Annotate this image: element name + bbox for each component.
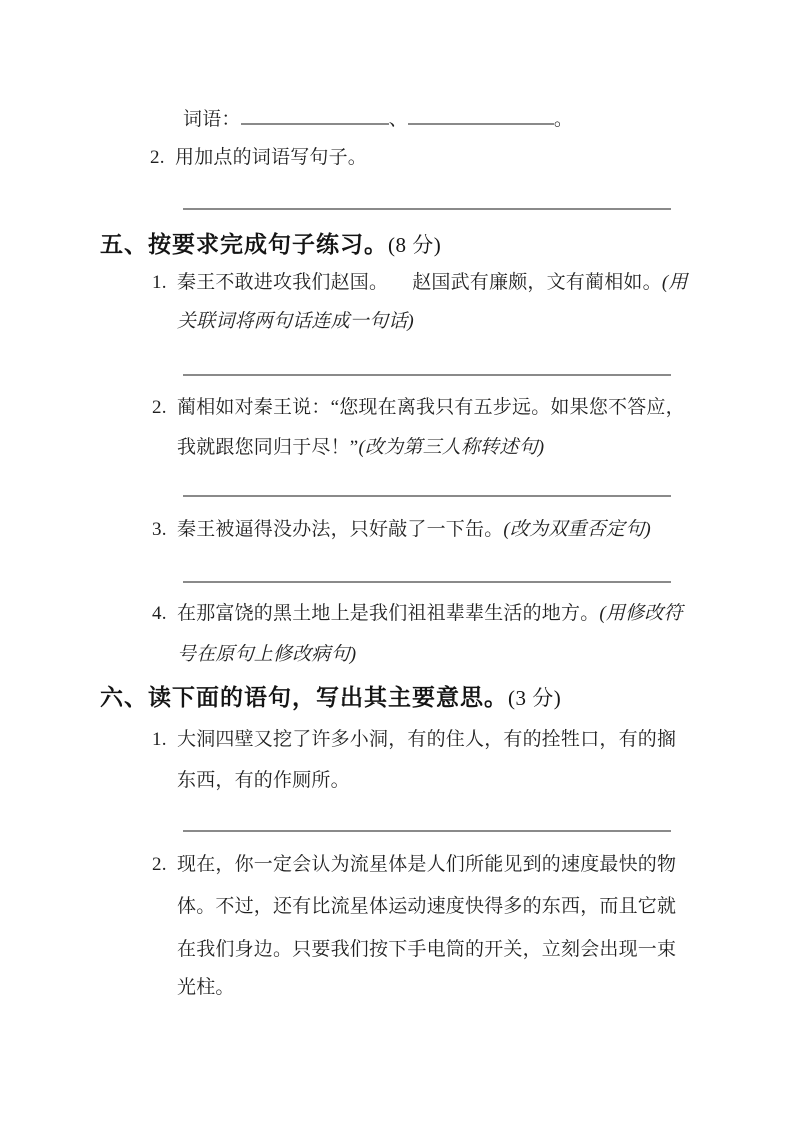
q5-3-hint: (改为双重否定句) — [503, 519, 650, 540]
word-blank-2 — [408, 104, 554, 125]
q5-3-line-1: 3.秦王被逼得没办法，只好敲了一下缶。(改为双重否定句) — [152, 517, 651, 543]
answer-blank-line — [183, 495, 671, 497]
word-fill-line: 词语：、。 — [183, 104, 573, 133]
word-fill-label: 词语： — [183, 109, 241, 130]
answer-blank-line — [183, 830, 671, 832]
q6-1-line-2: 东西，有的作厕所。 — [177, 768, 350, 794]
q5-2-text-2: 我就跟您同归于尽！” — [177, 437, 358, 458]
section-six-title: 六、读下面的语句，写出其主要意思。 — [100, 684, 508, 710]
q6-1-text-1: 大洞四壁又挖了许多小洞，有的住人，有的拴牲口，有的搁 — [177, 729, 676, 750]
q5-4-hint-start: (用修改符 — [599, 603, 682, 624]
q6-1-line-1: 1.大洞四壁又挖了许多小洞，有的住人，有的拴牲口，有的搁 — [152, 727, 676, 753]
section-five-title: 五、按要求完成句子练习。 — [100, 231, 388, 257]
q5-1-hint-rest: 关联词将两句话连成一句话) — [177, 309, 414, 335]
q6-2-line-4: 光柱。 — [177, 975, 235, 1001]
item-number: 1. — [152, 270, 177, 296]
q5-4-line-1: 4.在那富饶的黑土地上是我们祖祖辈辈生活的地方。(用修改符 — [152, 601, 683, 627]
q5-3-text: 秦王被逼得没办法，只好敲了一下缶。 — [177, 519, 503, 540]
section-six-heading: 六、读下面的语句，写出其主要意思。(3 分) — [100, 682, 561, 713]
q6-2-line-3: 在我们身边。只要我们按下手电筒的开关，立刻会出现一束 — [177, 937, 676, 963]
q5-2-line-1: 2.蔺相如对秦王说：“您现在离我只有五步远。如果您不答应， — [152, 395, 685, 421]
q5-1-sentence-a: 秦王不敢进攻我们赵国。 — [177, 272, 388, 293]
section-five-score: (8 分) — [388, 233, 441, 257]
q5-1-hint-start: (用 — [662, 272, 688, 293]
item-number: 2. — [152, 395, 177, 421]
item-number: 2. — [150, 145, 175, 171]
item-number: 3. — [152, 517, 177, 543]
section-five-heading: 五、按要求完成句子练习。(8 分) — [100, 229, 441, 260]
q5-1-sentence-b: 赵国武有廉颇，文有蔺相如。 — [412, 272, 662, 293]
item-number: 4. — [152, 601, 177, 627]
item-text: 用加点的词语写句子。 — [175, 147, 367, 168]
q5-2-text-1: 蔺相如对秦王说：“您现在离我只有五步远。如果您不答应， — [177, 397, 685, 418]
q5-2-line-2: 我就跟您同归于尽！”(改为第三人称转述句) — [177, 435, 544, 461]
q5-4-hint-rest: 号在原句上修改病句) — [177, 642, 356, 668]
item-number: 2. — [152, 852, 177, 878]
q6-2-line-1: 2.现在，你一定会认为流星体是人们所能见到的速度最快的物 — [152, 852, 676, 878]
q5-1-line-1: 1.秦王不敢进攻我们赵国。赵国武有廉颇，文有蔺相如。(用 — [152, 270, 688, 296]
q5-4-text: 在那富饶的黑土地上是我们祖祖辈辈生活的地方。 — [177, 603, 599, 624]
word-period: 。 — [554, 109, 573, 130]
answer-blank-line — [183, 581, 671, 583]
prelude-item-2: 2.用加点的词语写句子。 — [150, 145, 367, 171]
word-separator: 、 — [389, 109, 408, 130]
section-six-score: (3 分) — [508, 686, 561, 710]
q6-2-line-2: 体。不过，还有比流星体运动速度快得多的东西，而且它就 — [177, 894, 676, 920]
q5-2-hint: (改为第三人称转述句) — [358, 437, 544, 458]
q6-2-text-1: 现在，你一定会认为流星体是人们所能见到的速度最快的物 — [177, 854, 676, 875]
worksheet-page: 词语：、。 2.用加点的词语写句子。 五、按要求完成句子练习。(8 分) 1.秦… — [0, 0, 793, 1122]
answer-blank-line — [183, 374, 671, 376]
item-number: 1. — [152, 727, 177, 753]
answer-blank-line — [183, 208, 671, 210]
word-blank-1 — [241, 104, 389, 125]
